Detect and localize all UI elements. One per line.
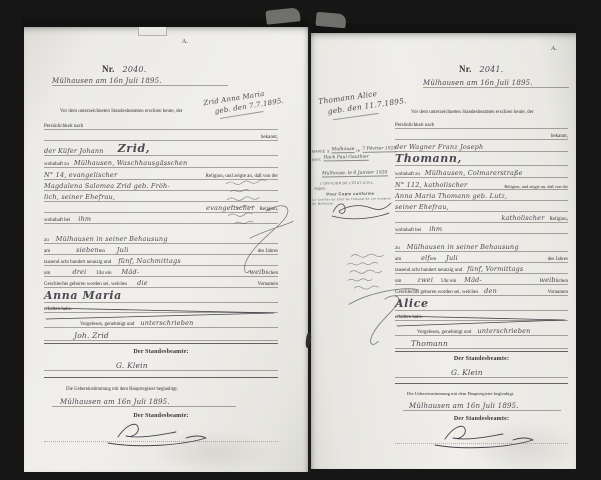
divider-rule	[395, 351, 568, 352]
book-gutter	[308, 27, 311, 472]
declarant-surname: Zrid,	[118, 142, 151, 155]
residence-value-2: N° 112, katholischer	[395, 181, 467, 189]
divider-rule	[44, 343, 278, 344]
declarant: der Wagner Franz Joseph	[395, 143, 483, 151]
residence-value: Mülhausen, Colmarerstraße	[425, 169, 523, 177]
forename-article: den	[484, 287, 497, 295]
declarant-signature: Joh. Zrid	[74, 331, 109, 340]
dwelling-label: wohnhaft bei	[44, 218, 70, 223]
divider-rule	[395, 383, 568, 384]
year-written: fünf, Nachmittags	[118, 257, 181, 265]
forename-article: die	[137, 279, 148, 287]
torn-binding-bump	[315, 12, 346, 29]
stamp-spouse-name: Hack Paul Gauthier	[323, 155, 369, 162]
stamp-marie-label: MARIÉ à	[312, 149, 330, 153]
year-written: fünf, Vormittags	[467, 265, 523, 273]
right-page: A. Nr. 2041. Mülhausen am 16n Juli 1895.…	[311, 33, 576, 469]
residence-value-2: N° 14, evangelischer	[44, 171, 117, 179]
month-value: Juli	[446, 254, 458, 262]
certify-line: Die Uebereinstimmung mit dem Hauptregist…	[66, 387, 178, 392]
intro-line: Vor dem unterzeichneten Standesbeamten e…	[411, 110, 534, 115]
registrar-label: Der Standesbeamte:	[44, 349, 278, 355]
declarant: der Küfer Johann	[44, 147, 104, 155]
clerk-flourish-signature	[329, 198, 393, 222]
registrar-signature: G. Klein	[116, 361, 148, 370]
birthplace-value: Mülhausen in seiner Behausung	[407, 243, 519, 251]
stamp-marriage-date: 7 Février 1920	[362, 146, 396, 153]
readout-written: unterschrieben	[140, 319, 193, 327]
hour-value: drei	[72, 268, 86, 276]
certify-date: Mülhausen am 16n Juli 1895.	[60, 398, 170, 406]
dwelling-value: ihm	[78, 215, 91, 223]
day-value: sieben	[76, 246, 99, 254]
stamp-avec-label: avec	[312, 158, 322, 162]
child-word: Mäd-	[122, 268, 140, 276]
birthplace-value: Mülhausen in seiner Behausung	[56, 235, 168, 243]
left-page: A. Nr. 2040. Mülhausen am 16n Juli 1895.…	[24, 27, 308, 472]
dwelling-label: wohnhaft bei	[395, 228, 421, 233]
registrar-label: Der Standesbeamte:	[395, 356, 568, 362]
certify-date: Mülhausen am 16n Juli 1895.	[409, 402, 519, 410]
section-mark: A.	[551, 46, 557, 52]
place-date-line: Mülhausen am 16n Juli 1895.	[423, 79, 533, 87]
mother-line-2: seiner Ehefrau,	[395, 203, 449, 211]
divider-rule	[44, 377, 278, 378]
page-smudge	[470, 420, 580, 475]
declarant-signature: Thomann	[411, 339, 448, 348]
child-name: Alice	[395, 297, 429, 310]
month-value: Juli	[117, 246, 129, 254]
page-tab-mark	[138, 27, 167, 36]
page-smudge	[150, 430, 280, 475]
dwelling-value: ihm	[429, 225, 442, 233]
mother-religion: evangelischer	[206, 204, 254, 212]
book-scan: A. Nr. 2040. Mülhausen am 16n Juli 1895.…	[0, 0, 601, 480]
mother-line-2: lich, seiner Ehefrau,	[44, 193, 115, 201]
mother-line-1: Magdalena Salomea Zrid geb. Fröh-	[44, 182, 170, 190]
registrar-signature: G. Klein	[451, 368, 483, 377]
declarant-surname: Thomann,	[395, 152, 462, 165]
mother-line-1: Anna Maria Thomann geb. Lutz,	[395, 192, 507, 200]
child-word: Mäd-	[464, 276, 482, 284]
place-date-line: Mülhausen am 16n Juli 1895.	[52, 77, 162, 85]
sex-written: weib	[539, 276, 555, 284]
day-value: elf	[421, 254, 430, 262]
sex-written: weib	[249, 268, 265, 276]
margin-note: Zrid Anna Maria geb. den 7.7.1895.	[203, 87, 285, 121]
section-mark: A.	[182, 39, 188, 45]
intro-line: Vor dem unterzeichneten Standesbeamten e…	[60, 109, 183, 114]
mother-religion: katholischer	[501, 214, 544, 222]
hour-value: zwei	[417, 276, 433, 284]
child-name: Anna Maria	[44, 289, 122, 302]
readout-written: unterschrieben	[477, 327, 530, 335]
stamp-issue-date: Mulhouse, le 8 Janvier 1920	[322, 170, 388, 177]
certify-line: Die Uebereinstimmung mit dem Hauptregist…	[407, 391, 514, 396]
marriage-stamp: MARIÉ à Mulhouse le 7 Février 1920 avec …	[312, 146, 397, 205]
stamp-marriage-place: Mulhouse	[331, 147, 354, 153]
stamp-le-label: le	[356, 149, 360, 153]
residence-value: Mülhausen, Waschhausgässchen	[74, 159, 188, 167]
